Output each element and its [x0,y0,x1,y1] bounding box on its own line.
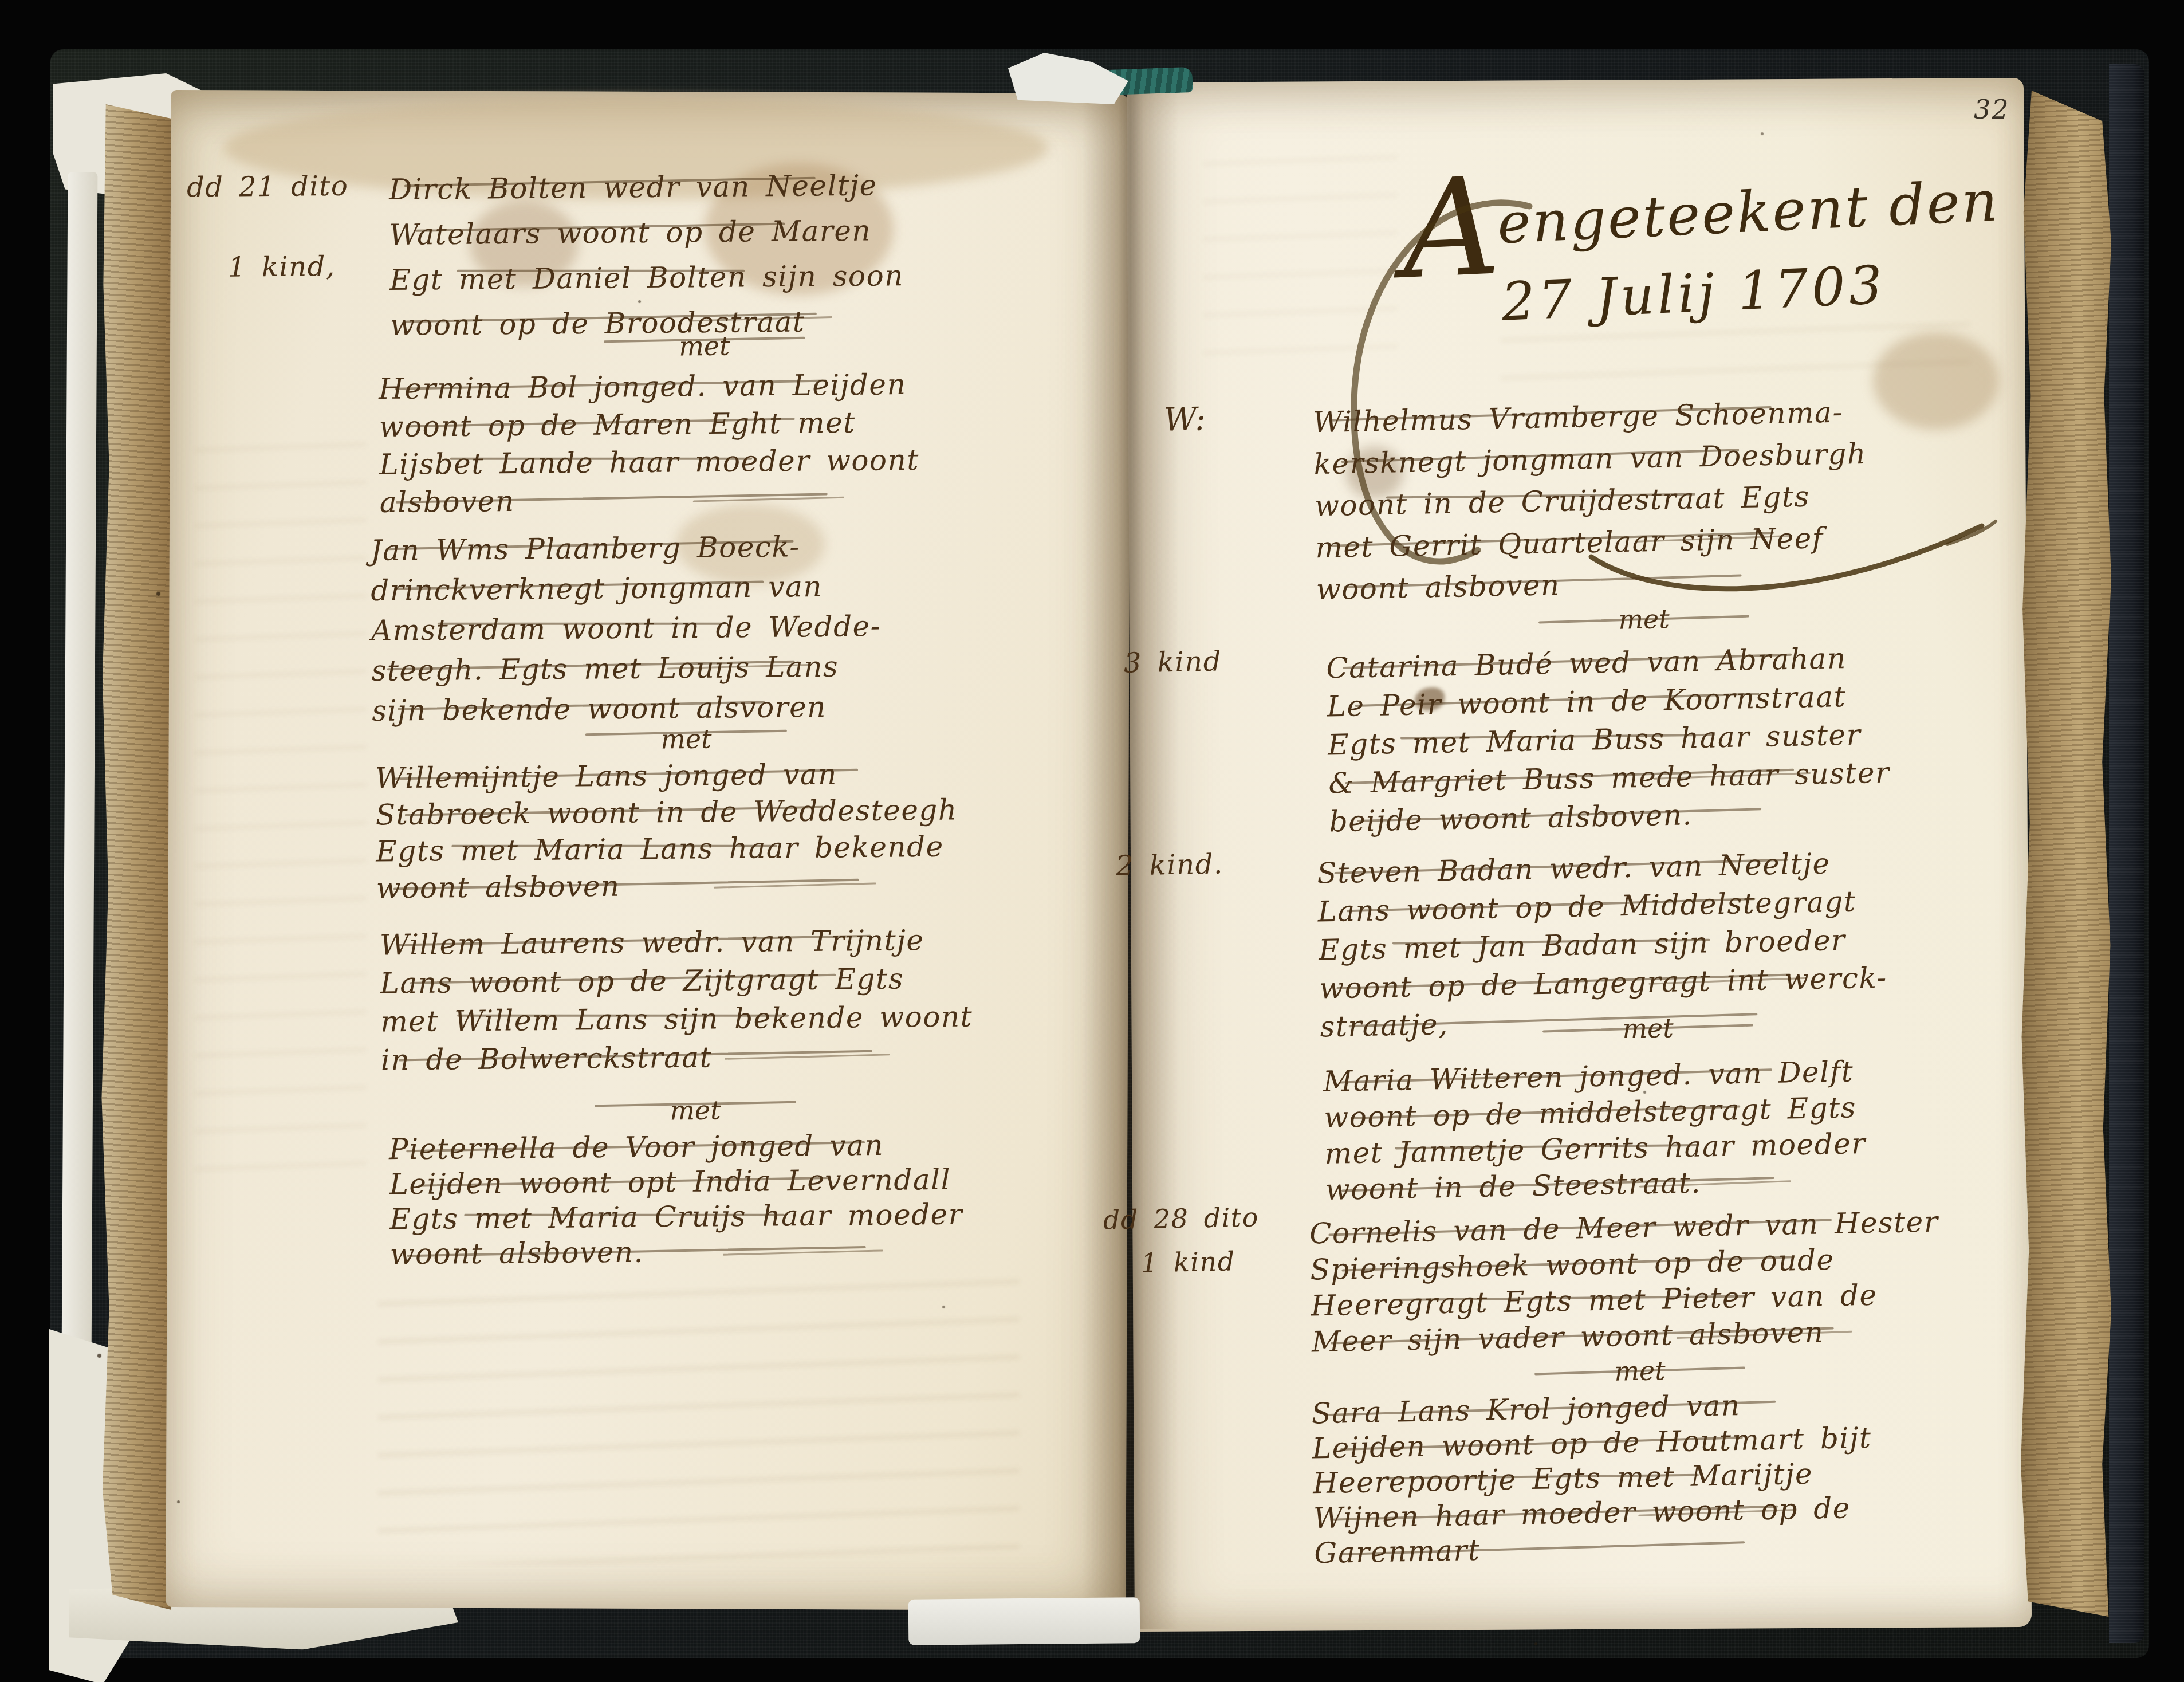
entry-separator: met [389,321,1020,371]
register-line: Willemijntje Lans jonged van [375,755,957,797]
margin-note-children: 1 kind, [228,245,336,289]
register-line: Pieternella de Voor jonged van [389,1127,962,1168]
heading-line-1: Aengeteekent den [1400,168,2001,261]
register-line: met Willem Lans sijn bekende woont [380,997,973,1041]
register-line: steegh. Egts met Louijs Lans [371,646,882,691]
entry-bride: Pieternella de Voor jonged van Leijden w… [389,1127,963,1272]
bleed-through-text [1203,137,1398,378]
entry-bride: Hermina Bol jonged. van Leijden woont op… [379,366,920,521]
register-line: Egts met Maria Lans haar bekende [376,828,958,870]
entry-bride: Maria Witteren jonged. van Delft woont o… [1323,1054,1867,1208]
fly-specks [0,0,2,2]
book-cover-edge [2109,64,2144,1643]
register-line: Jan Wms Plaanberg Boeck- [370,526,880,571]
bleed-through-text [378,1278,1020,1564]
register-line: Watelaars woont op de Maren [389,208,903,258]
register-line: Lijsbet Lande haar moeder woont [379,441,919,484]
register-line: Stabroeck woont in de Weddesteegh [375,792,957,834]
manuscript-photo: 32 Aengeteekent den 27 Julij 1703 dd 21 … [0,0,2184,1682]
register-line: Hermina Bol jonged. van Leijden [379,366,919,408]
bleed-through-text [195,424,367,1197]
register-line: Amsterdam woont in de Wedde- [371,606,882,651]
entry-groom: Dirck Bolten wedr van Neeltje Watelaars … [389,163,904,348]
entry-bride: Sara Lans Krol jonged van Leijden woont … [1311,1386,1874,1571]
margin-note-date: dd 21 dito [187,164,349,209]
register-line: woont alsboven. [390,1232,963,1272]
page-number: 32 [1974,94,2010,125]
register-line: Leijden woont opt India Leverndall [389,1162,962,1202]
margin-note-date: dd 28 dito [1103,1201,1260,1235]
entry-groom: Willem Laurens wedr. van Trijntje Lans w… [380,921,973,1079]
register-line: in de Bolwerckstraat [381,1036,973,1079]
entry-groom: Cornelis van de Meer wedr van Hester Spi… [1309,1204,1941,1360]
margin-note-w: W: [1163,400,1207,438]
entry-groom: Wilhelmus Vramberge Schoenma- kersknegt … [1313,391,1870,611]
page-edges-fore-edge [2021,91,2111,1617]
margin-note-children: 2 kind. [1115,848,1223,882]
margin-note-children: 3 kind [1123,645,1222,679]
register-line: Egt met Daniel Bolten sijn soon [389,253,904,303]
register-line: drinckverknegt jongman van [371,566,881,611]
register-line: Lans woont op de Zijtgragt Egts [380,959,972,1003]
margin-note-children: 1 kind [1140,1245,1235,1278]
spine-cloth-bottom [908,1597,1140,1645]
entry-bride: Catarina Budé wed van Abrahan Le Peir wo… [1326,639,1891,842]
register-line: woont op de Maren Eght met [379,403,919,446]
register-line: Willem Laurens wedr. van Trijntje [380,921,972,964]
register-line: alsboven [380,479,920,521]
register-line: met [389,321,1020,371]
register-line: woont alsboven [376,865,958,907]
entry-groom: Jan Wms Plaanberg Boeck- drinckverknegt … [370,526,882,731]
register-line: Dirck Bolten wedr van Neeltje [389,163,903,213]
register-heading: Aengeteekent den 27 Julij 1703 [1400,168,2004,337]
entry-bride: Willemijntje Lans jonged van Stabroeck w… [375,755,958,907]
register-line: Egts met Maria Cruijs haar moeder [389,1197,963,1237]
